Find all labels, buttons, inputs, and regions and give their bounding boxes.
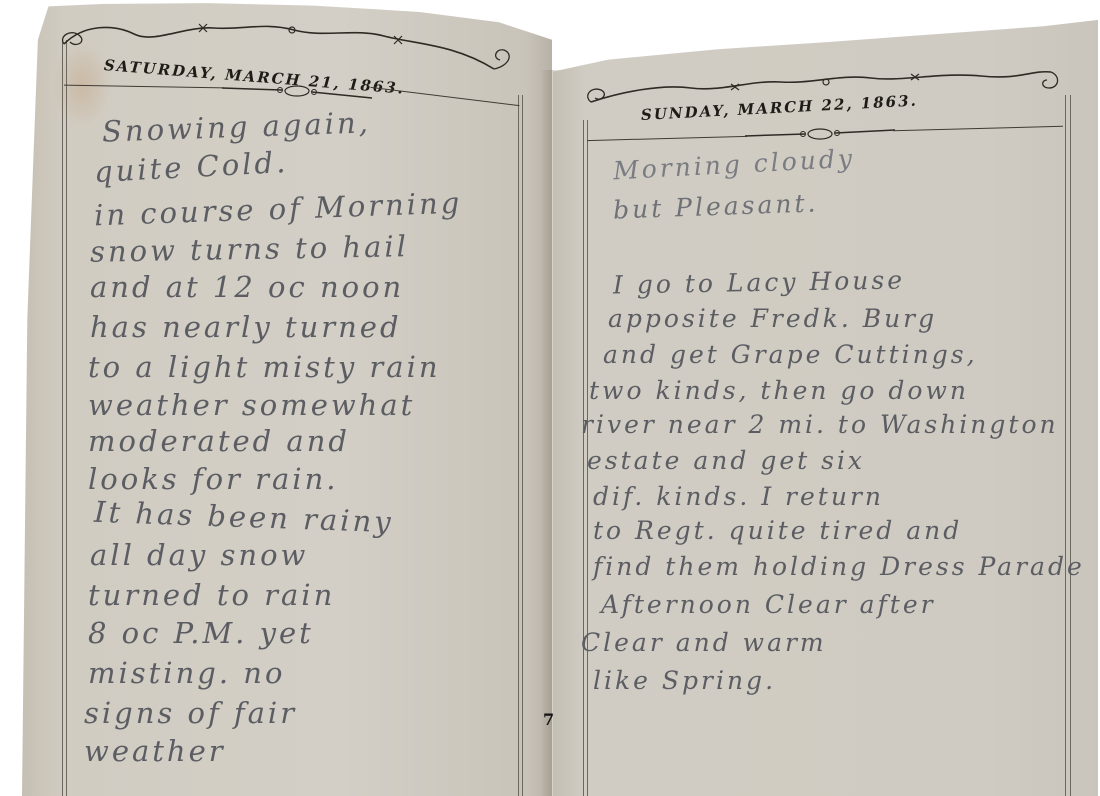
gutter-page-number: 7 xyxy=(543,710,554,729)
entry-line: misting. no xyxy=(88,656,285,690)
header-flourish-icon xyxy=(745,124,895,144)
entry-line: two kinds, then go down xyxy=(589,376,969,405)
entry-line: weather somewhat xyxy=(88,388,415,422)
entry-line: find them holding Dress Parade xyxy=(593,552,1085,581)
header-rule-right xyxy=(893,126,1063,131)
right-page-frame-rule-right xyxy=(1065,95,1066,796)
right-page-frame-rule-outer xyxy=(583,120,584,796)
entry-line: and get Grape Cuttings, xyxy=(603,340,978,369)
entry-line: but Pleasant. xyxy=(613,188,819,224)
entry-line: estate and get six xyxy=(587,446,865,475)
entry-line: weather xyxy=(84,734,226,768)
entry-line: quite Cold. xyxy=(93,145,289,189)
right-page-frame-rule-right-inner xyxy=(1070,95,1071,796)
entry-line: Snowing again, xyxy=(101,105,371,148)
entry-line: has nearly turned xyxy=(90,310,402,344)
entry-line: river near 2 mi. to Washington xyxy=(581,410,1059,439)
left-page-frame-rule-right-inner xyxy=(522,95,523,796)
header-flourish-icon xyxy=(222,80,372,102)
entry-line: signs of fair xyxy=(84,696,297,730)
open-diary: SATURDAY, MARCH 21, 1863. Snowing again,… xyxy=(0,0,1100,796)
entry-line: and at 12 oc noon xyxy=(90,270,404,304)
entry-line: I go to Lacy House xyxy=(613,265,905,299)
entry-line: looks for rain. xyxy=(88,462,338,496)
left-page-frame-rule-right xyxy=(518,95,519,796)
header-rule-left xyxy=(587,136,747,141)
entry-line: in course of Morning xyxy=(94,186,463,233)
entry-line: apposite Fredk. Burg xyxy=(608,304,937,333)
entry-line: all day snow xyxy=(90,538,308,572)
entry-line: to a light misty rain xyxy=(88,350,441,384)
left-page-frame-rule-inner xyxy=(66,40,67,796)
entry-line: turned to rain xyxy=(88,578,335,612)
entry-line: It has been rainy xyxy=(93,495,394,539)
entry-line: snow turns to hail xyxy=(90,229,409,269)
entry-line: dif. kinds. I return xyxy=(593,482,884,511)
entry-line: to Regt. quite tired and xyxy=(593,516,962,545)
entry-line: Afternoon Clear after xyxy=(601,590,936,619)
entry-line: Clear and warm xyxy=(581,628,827,657)
entry-line: 8 oc P.M. yet xyxy=(88,616,314,650)
entry-line: like Spring. xyxy=(593,666,776,695)
right-page: SUNDAY, MARCH 22, 1863. Morning cloudy b… xyxy=(553,0,1098,796)
left-page: SATURDAY, MARCH 21, 1863. Snowing again,… xyxy=(22,0,552,796)
entry-line: Morning cloudy xyxy=(612,144,855,186)
entry-line: moderated and xyxy=(88,424,350,458)
left-page-frame-rule-outer xyxy=(62,40,63,796)
